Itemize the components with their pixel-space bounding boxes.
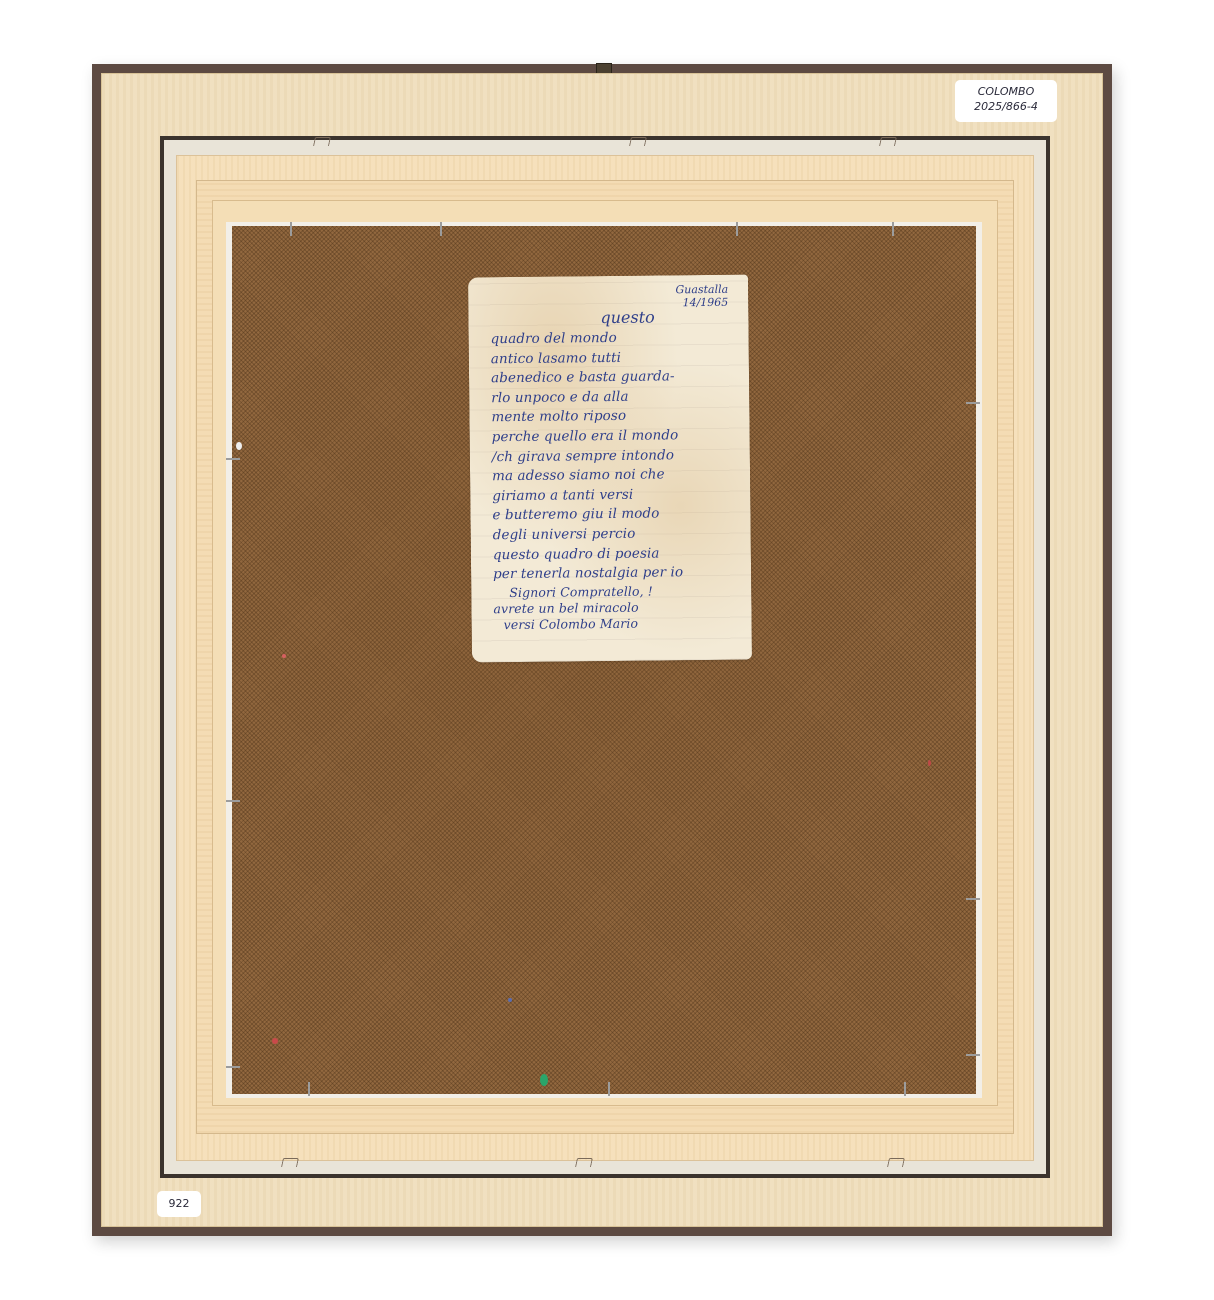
note-line: degli universi percio bbox=[493, 524, 733, 546]
note-line: rlo unpoco e da alla bbox=[491, 387, 731, 409]
frame-clip bbox=[281, 1158, 299, 1167]
staple bbox=[226, 458, 240, 460]
staple bbox=[226, 1066, 240, 1068]
frame-clip bbox=[313, 137, 331, 146]
staple bbox=[608, 1082, 610, 1096]
note-signature: versi Colombo Mario bbox=[494, 614, 734, 633]
staple bbox=[966, 1054, 980, 1056]
note-line: giriamo a tanti versi bbox=[492, 484, 732, 506]
staple bbox=[892, 222, 894, 236]
note-line: per tenerla nostalgia per io bbox=[493, 563, 733, 585]
note-line: quadro del mondo bbox=[491, 328, 731, 350]
staple bbox=[966, 898, 980, 900]
handwritten-note: Guastalla 14/1965 questo quadro del mond… bbox=[468, 275, 752, 663]
paint-spot bbox=[282, 654, 286, 658]
frame-clip bbox=[879, 137, 897, 146]
inventory-label-number: 2025/866-4 bbox=[955, 99, 1057, 114]
note-line: ma adesso siamo noi che bbox=[492, 465, 732, 487]
note-line: mente molto riposo bbox=[491, 406, 731, 428]
inventory-label-name: COLOMBO bbox=[955, 84, 1057, 99]
inventory-label: COLOMBO 2025/866-4 bbox=[955, 80, 1057, 122]
note-first-word: questo bbox=[600, 307, 730, 327]
staple bbox=[440, 222, 442, 236]
staple bbox=[904, 1082, 906, 1096]
note-line: e butteremo giu il modo bbox=[492, 504, 732, 526]
paint-spot bbox=[236, 442, 242, 450]
staple bbox=[290, 222, 292, 236]
staple bbox=[308, 1082, 310, 1096]
staple bbox=[736, 222, 738, 236]
frame-clip bbox=[887, 1158, 905, 1167]
note-line: antico lasamo tutti bbox=[491, 347, 731, 369]
frame-clip bbox=[575, 1158, 593, 1167]
paint-spot bbox=[540, 1074, 548, 1086]
paint-spot bbox=[508, 998, 512, 1002]
note-line: abenedico e basta guarda- bbox=[491, 367, 731, 389]
staple bbox=[966, 402, 980, 404]
frame-clip bbox=[629, 137, 647, 146]
paint-spot bbox=[272, 1038, 278, 1044]
note-line: questo quadro di poesia bbox=[493, 543, 733, 565]
note-line: perche quello era il mondo bbox=[492, 426, 732, 448]
note-line: /ch girava sempre intondo bbox=[492, 445, 732, 467]
note-header: Guastalla 14/1965 bbox=[490, 283, 728, 311]
lot-number-label: 922 bbox=[157, 1191, 201, 1217]
staple bbox=[226, 800, 240, 802]
paint-spot bbox=[928, 760, 931, 766]
